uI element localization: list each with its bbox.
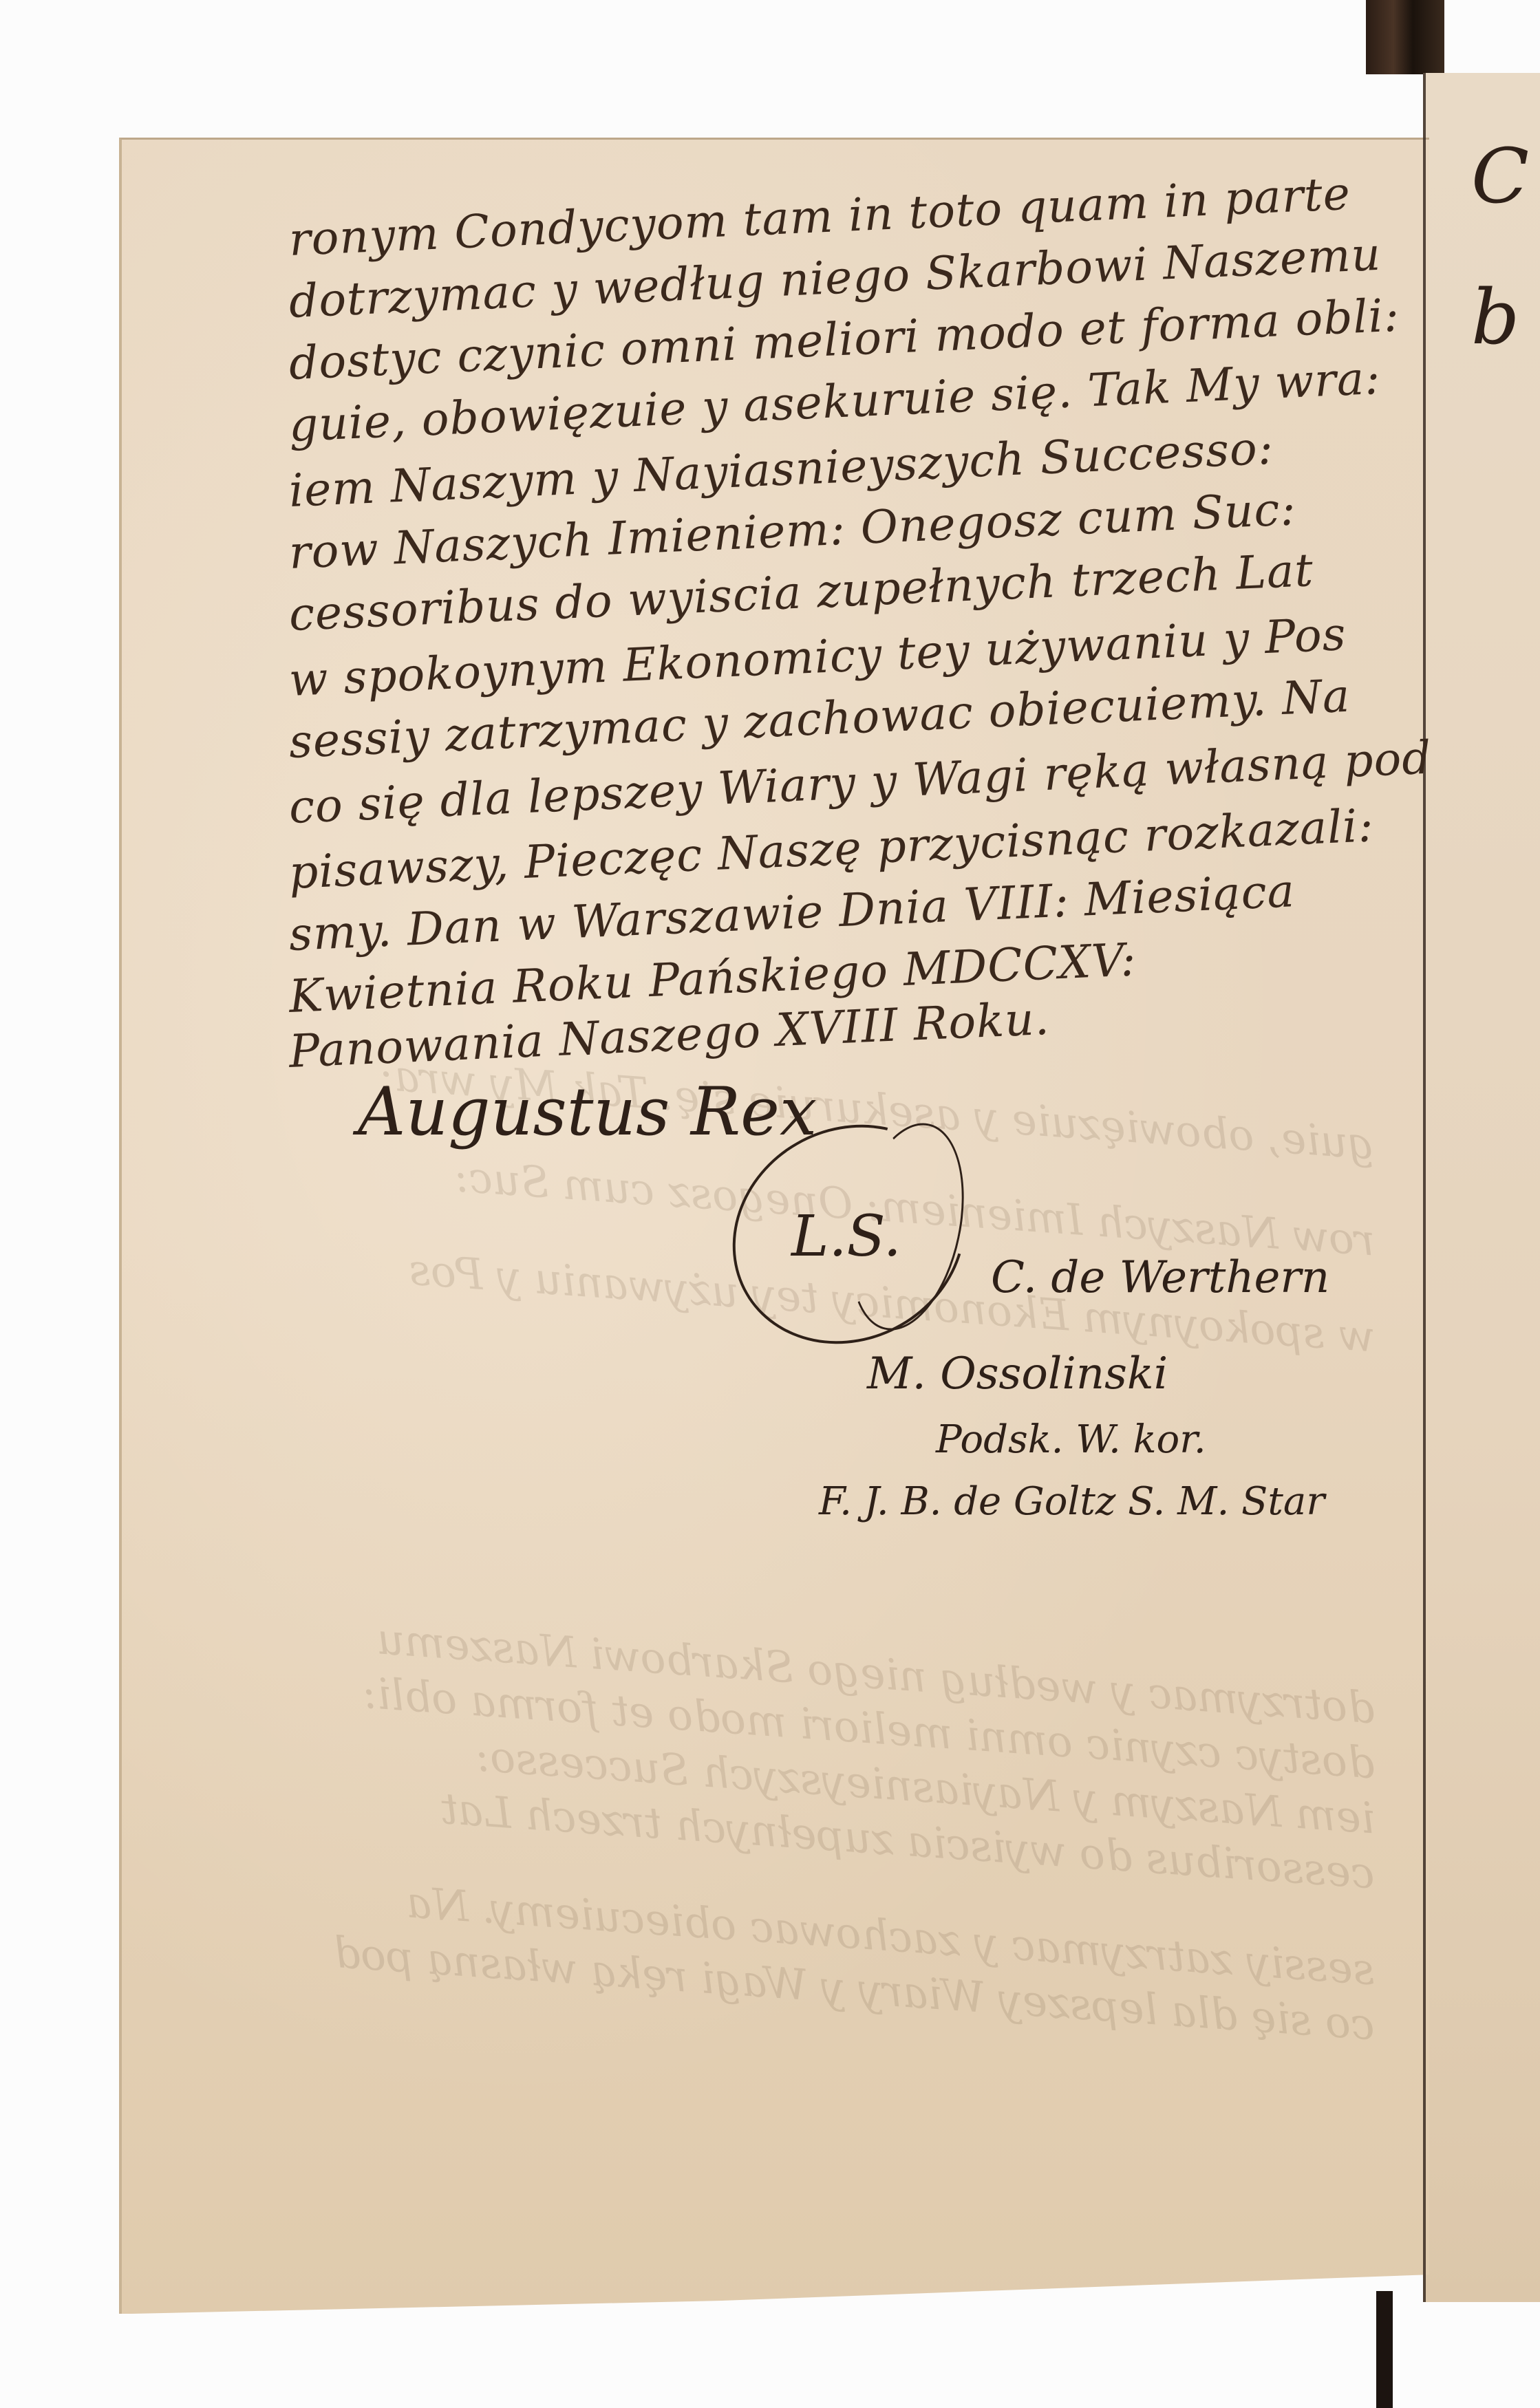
page-gutter — [1423, 73, 1426, 2302]
signature-ossolinski-title: Podsk. W. kor. — [936, 1417, 1206, 1462]
binding-strip-bottom — [1376, 2291, 1393, 2408]
signature-king: Augustus Rex — [358, 1073, 817, 1150]
binding-strip-top — [1366, 0, 1444, 74]
signature-werthern: C. de Werthern — [991, 1252, 1329, 1303]
signature-ossolinski: M. Ossolinski — [867, 1348, 1168, 1399]
facing-page-fragment: b — [1471, 279, 1519, 355]
facing-page-fragment: C — [1471, 138, 1529, 214]
facing-page: C b — [1423, 73, 1540, 2302]
seal-mark: L.S. — [791, 1204, 901, 1269]
signature-goltz: F. J. B. de Goltz S. M. Star — [819, 1479, 1325, 1524]
